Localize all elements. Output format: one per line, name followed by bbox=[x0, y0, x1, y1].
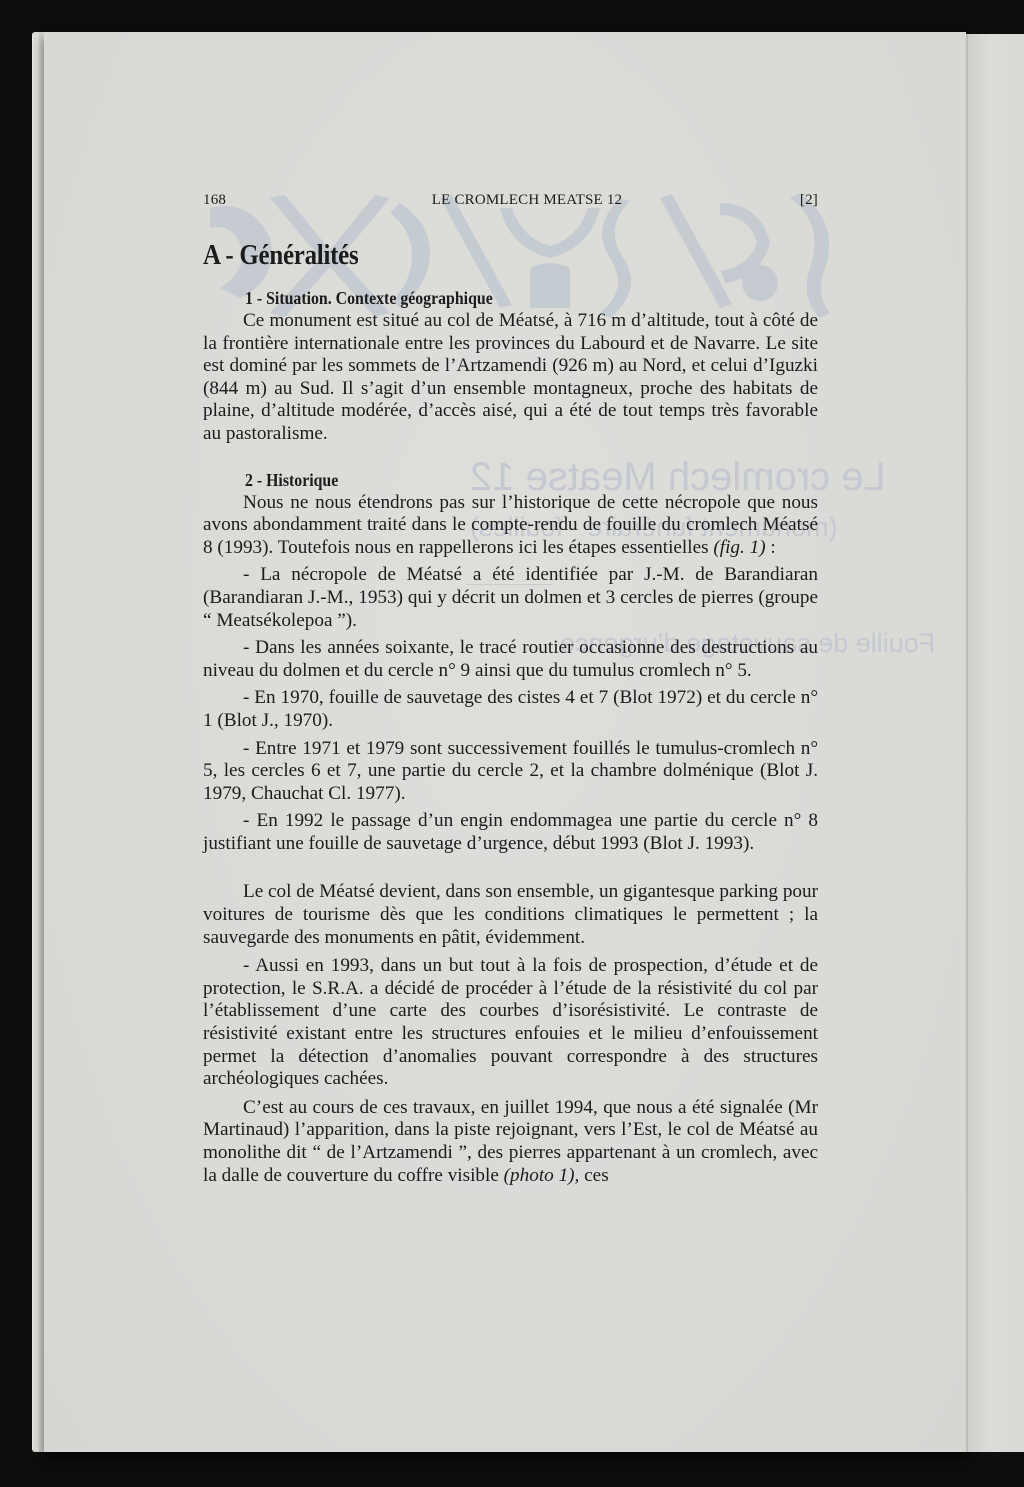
section-ref: [2] bbox=[800, 188, 818, 216]
history-item: - En 1970, fouille de sauvetage des cist… bbox=[203, 687, 818, 732]
paragraph-situation: Ce monument est situé au col de Méatsé, … bbox=[203, 310, 818, 446]
history-item: - Dans les années soixante, le tracé rou… bbox=[203, 637, 818, 682]
history-item: - En 1992 le passage d’un engin endommag… bbox=[203, 810, 818, 855]
history-item: - La nécropole de Méatsé a été identifié… bbox=[203, 564, 818, 632]
paragraph-parking: Le col de Méatsé devient, dans son ensem… bbox=[203, 881, 818, 949]
subsection-heading-historique: 2 - Historique bbox=[245, 468, 749, 492]
section-title: A - Généralités bbox=[203, 238, 732, 272]
page-number: 168 bbox=[203, 188, 226, 216]
paragraph-discovery: C’est au cours de ces travaux, en juille… bbox=[203, 1097, 818, 1187]
running-head: 168 LE CROMLECH MEATSE 12 [2] bbox=[203, 188, 818, 216]
running-title: LE CROMLECH MEATSE 12 bbox=[404, 188, 622, 216]
history-item: - Entre 1971 et 1979 sont successivement… bbox=[203, 738, 818, 806]
photo-reference: (photo 1), bbox=[504, 1165, 580, 1186]
paragraph-resistivity: - Aussi en 1993, dans un but tout à la f… bbox=[203, 955, 818, 1091]
facing-page-edge bbox=[968, 34, 1024, 1452]
paragraph-historique-intro: Nous ne nous étendrons pas sur l’histori… bbox=[203, 492, 818, 560]
page-content: 168 LE CROMLECH MEATSE 12 [2] A - Généra… bbox=[203, 188, 818, 1187]
subsection-heading-situation: 1 - Situation. Contexte géographique bbox=[245, 286, 749, 310]
figure-reference: (fig. 1) bbox=[713, 537, 765, 558]
